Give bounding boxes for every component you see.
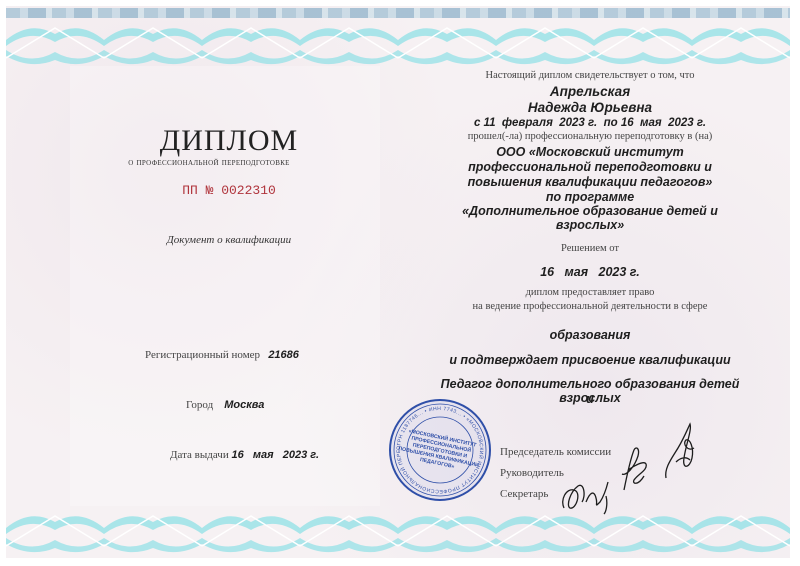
registration-number-field: Регистрационный номер 21686	[145, 349, 299, 361]
registration-label: Регистрационный номер	[145, 349, 260, 361]
city-value: Москва	[224, 399, 264, 411]
organization-line-3: повышения квалификации педагогов»	[440, 175, 740, 190]
organization-line-2: профессиональной переподготовки и	[440, 160, 740, 175]
secretary-label: Секретарь	[500, 488, 548, 500]
intro-text: Настоящий диплом свидетельствует о том, …	[440, 70, 740, 81]
issue-date-label: Дата выдачи	[170, 449, 229, 461]
diploma-title: ДИПЛОМ	[84, 124, 374, 158]
completed-text: прошел(-ла) профессиональную переподгото…	[440, 131, 740, 142]
series-number: ПП № 0022310	[84, 183, 374, 198]
top-security-band	[6, 8, 790, 18]
bottom-guilloche-border	[6, 506, 790, 556]
program-line-1: «Дополнительное образование детей и	[440, 204, 740, 219]
surname: Апрельская	[440, 84, 740, 100]
top-guilloche-border	[6, 18, 790, 68]
city-field: Город Москва	[186, 399, 264, 411]
city-label: Город	[186, 399, 213, 411]
program-label: по программе	[440, 190, 740, 205]
organization-line-1: ООО «Московский институт	[440, 145, 740, 160]
registration-value: 21686	[268, 349, 299, 361]
grants-line-1: диплом предоставляет право	[440, 287, 740, 298]
chairman-signature	[660, 418, 700, 484]
grants-line-2: на ведение профессиональной деятельности…	[440, 301, 740, 312]
diploma-subtitle: о профессиональной переподготовке	[44, 157, 374, 168]
confirms-text: и подтверждает присвоение квалификации	[440, 353, 740, 368]
secretary-signature	[556, 452, 616, 516]
decision-label: Решением от	[440, 243, 740, 254]
document-type: Документ о квалификации	[84, 234, 374, 246]
program-line-2: взрослых»	[440, 218, 740, 233]
head-label: Руководитель	[500, 467, 564, 479]
head-signature	[614, 440, 654, 496]
given-names: Надежда Юрьевна	[440, 100, 740, 116]
decision-date: 16 мая 2023 г.	[440, 265, 740, 280]
organization-stamp: ОГРН 1187746... • ИНН 7743... • «МОСКОВС…	[388, 398, 492, 502]
issue-date-field: Дата выдачи 16 мая 2023 г.	[170, 449, 319, 461]
issue-date-value: 16 мая 2023 г.	[231, 449, 319, 461]
study-period: с 11 февраля 2023 г. по 16 мая 2023 г.	[440, 116, 740, 131]
sphere: образования	[440, 328, 740, 343]
